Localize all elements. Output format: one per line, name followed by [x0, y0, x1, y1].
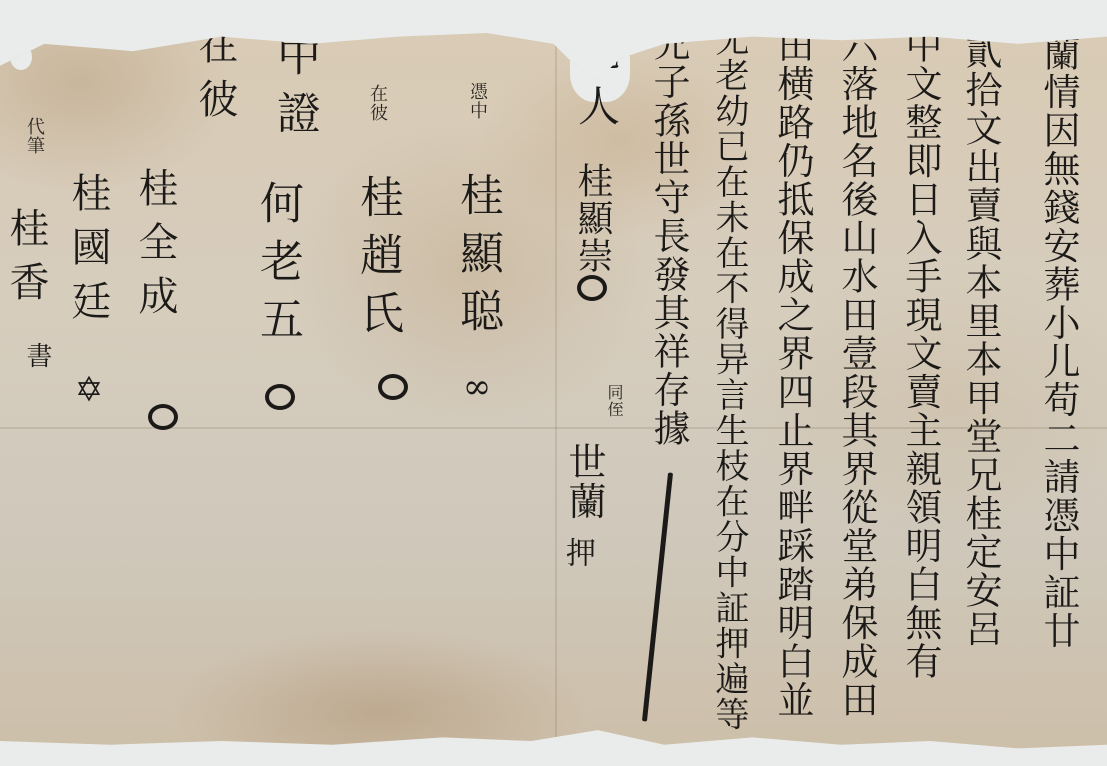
- label-ping-zhong: 憑中: [468, 82, 486, 120]
- star-mark-icon: ✡: [72, 370, 106, 410]
- body-column-3: 中文整即日入手現文賣主親領明白無有: [902, 26, 939, 681]
- signer-shi-lan: 世蘭: [565, 442, 603, 521]
- body-column-2: 貳拾文出賣與本里本甲堂兄桂定安呂: [962, 32, 999, 648]
- signer-gui-zhaoshi: 桂趙氏: [355, 174, 399, 348]
- circle-mark-icon: [378, 374, 408, 400]
- label-shu: 書: [24, 342, 50, 370]
- body-column-7: 兄子孫世守長發其祥存據: [650, 24, 687, 448]
- signer-he-laowu: 何老五: [255, 180, 299, 354]
- label-dai-bi: 代筆: [25, 117, 43, 155]
- body-column-4: 六落地名後山水田壹段其界從堂弟保成田: [838, 26, 875, 719]
- manuscript-sheet: 蘭情因無錢安葬小儿苟二請憑中証廿 貳拾文出賣與本里本甲堂兄桂定安呂 中文整即日入…: [0, 22, 1107, 752]
- loop-mark-icon: ∞: [460, 367, 494, 407]
- body-column-6: 无老幼已在未在不得异言生枝在分中証押遍等: [712, 22, 746, 732]
- body-column-1: 蘭情因無錢安葬小儿苟二請憑中証廿: [1040, 34, 1077, 650]
- circle-mark-icon: [265, 384, 295, 410]
- signer-gui-xianchong: 桂顯崇: [574, 162, 610, 301]
- circle-mark-icon: [148, 404, 178, 430]
- body-column-5: 田横路仍抵保成之界四止界畔踩踏明白並: [774, 26, 811, 719]
- label-zhong-zheng: 中證: [272, 32, 316, 148]
- circle-mark-icon: [577, 275, 607, 301]
- signer-gui-xiancong: 桂顯聪: [455, 172, 499, 346]
- label-qin-ren: 親人: [575, 28, 617, 140]
- paper-hole: [10, 44, 32, 70]
- signer-gui-quancheng: 桂全成: [135, 167, 175, 329]
- signer-gui-xiang: 桂香: [6, 207, 46, 315]
- ya-mark-icon: 押: [562, 537, 592, 569]
- label-tong-zhi: 同侄: [606, 384, 622, 418]
- signer-name: 桂顯崇: [572, 162, 613, 275]
- signer-gui-guoting: 桂國廷: [68, 172, 108, 334]
- sign-stroke: [642, 472, 673, 721]
- label-zai-bi-2: 在彼: [195, 24, 235, 132]
- label-zai-bi-1: 在彼: [368, 84, 386, 122]
- fold-line-vertical: [555, 22, 557, 752]
